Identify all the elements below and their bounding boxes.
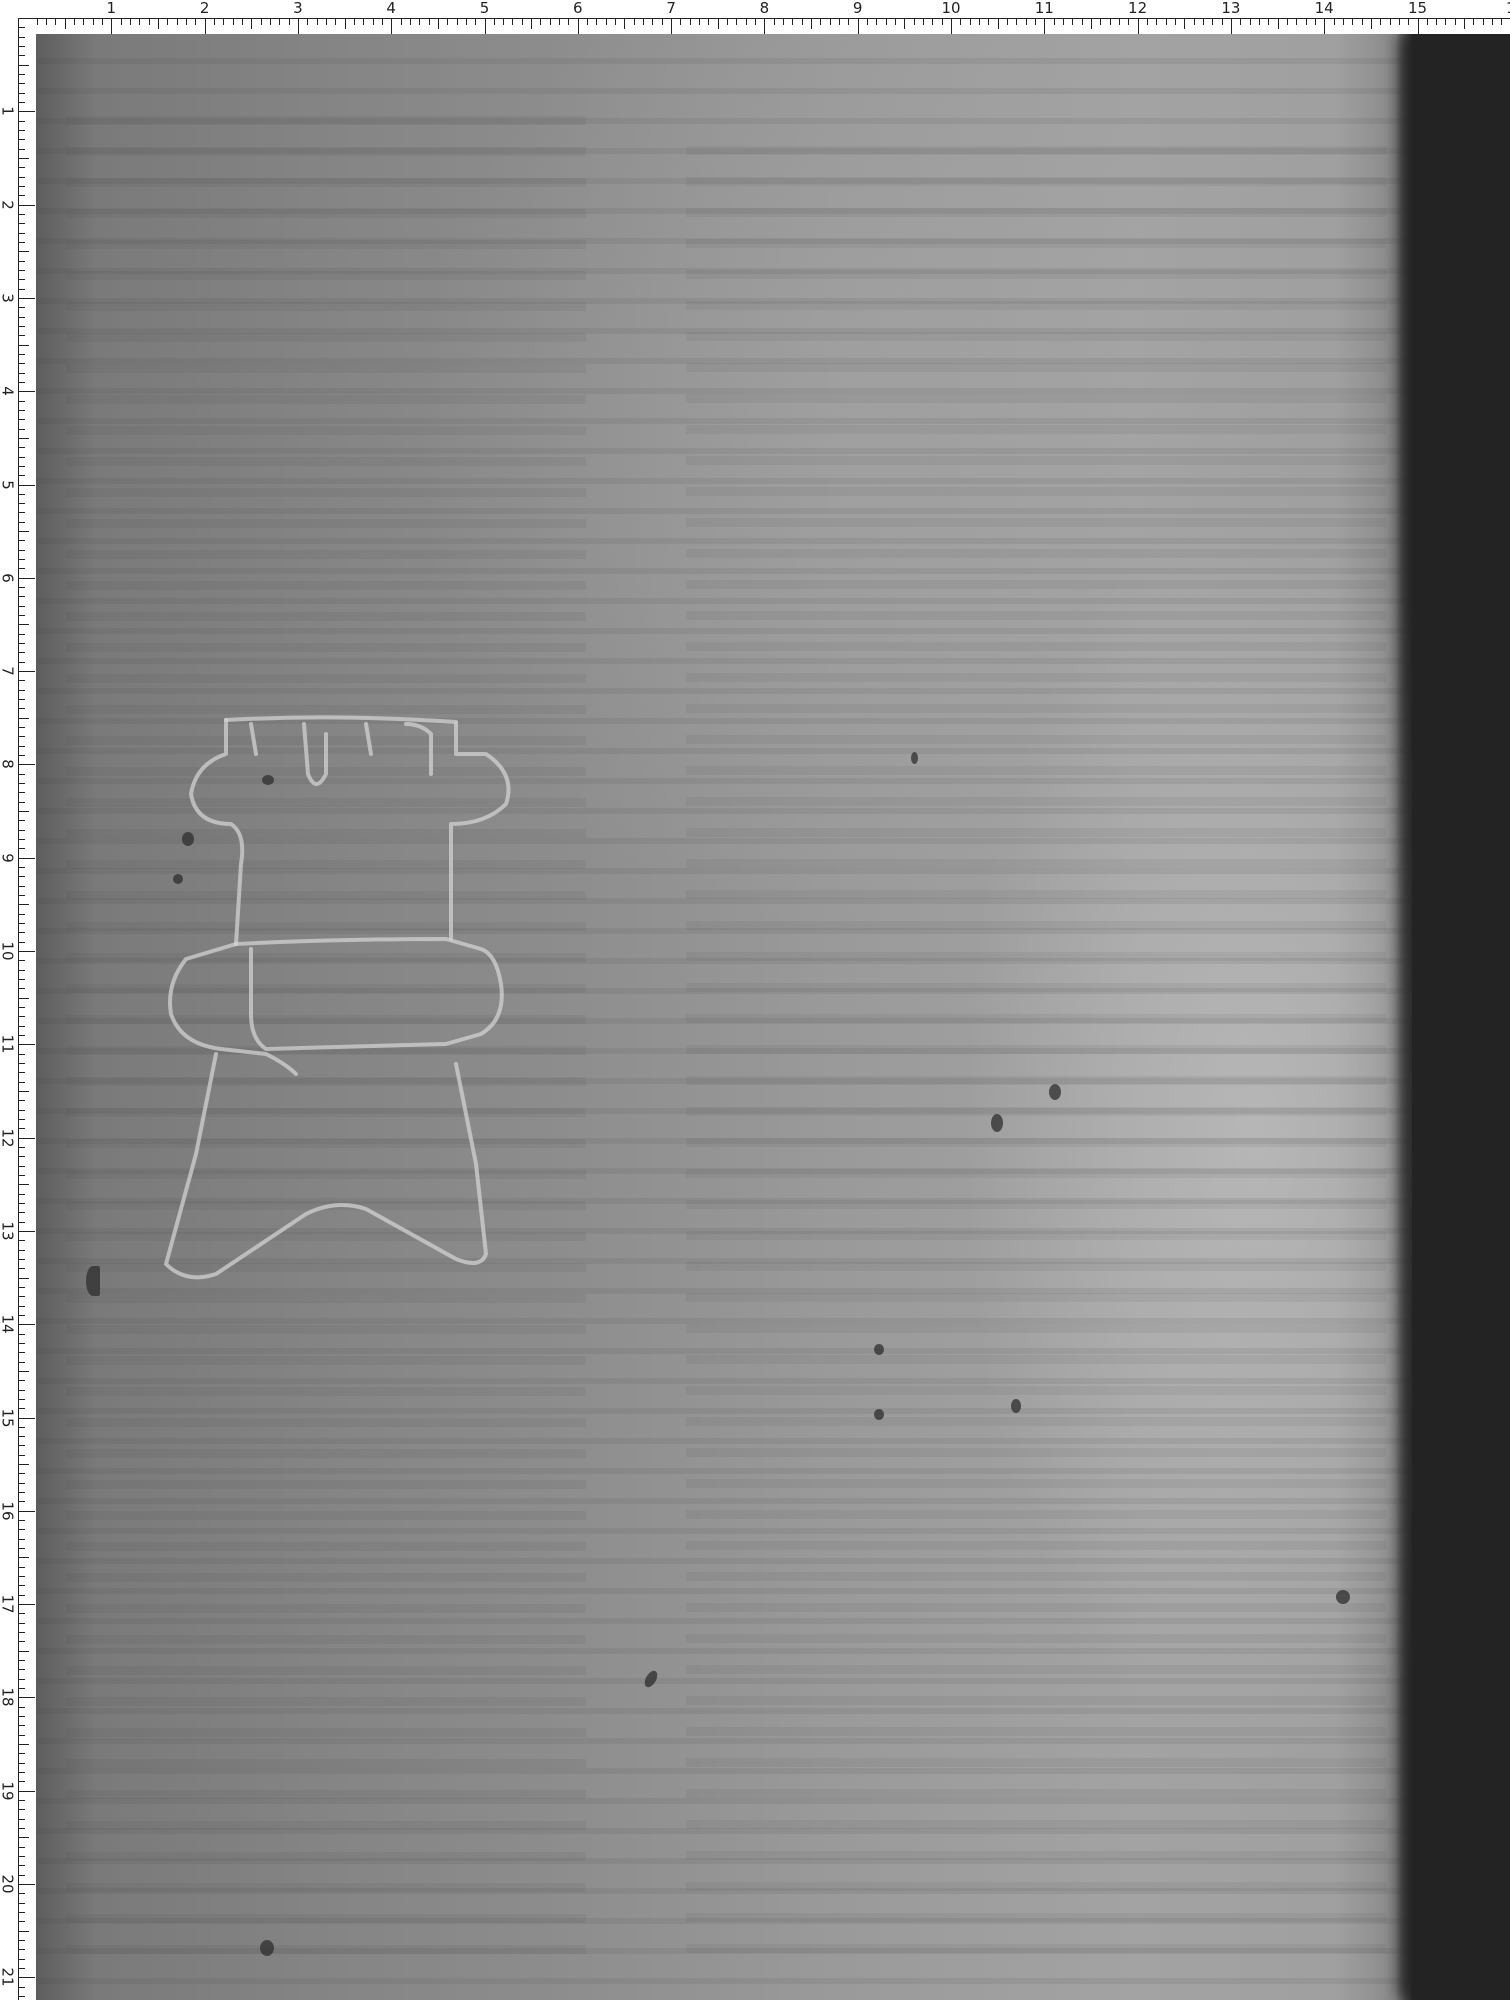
ruler-tick [18, 540, 25, 541]
ruler-tick [18, 727, 25, 728]
ruler-tick [1268, 18, 1269, 25]
ruler-tick [18, 1334, 25, 1335]
ruler-tick [18, 1511, 35, 1512]
ruler-tick [18, 1651, 29, 1652]
ruler-tick [18, 485, 35, 486]
ruler-tick [18, 373, 25, 374]
ruler-tick [18, 1707, 25, 1708]
ruler-tick [18, 886, 25, 887]
ruler-tick [18, 1352, 25, 1353]
ruler-tick [1026, 18, 1027, 25]
ruler-tick [895, 18, 896, 25]
ruler-tick [18, 251, 29, 252]
ruler-tick [1175, 18, 1176, 25]
ruler-edge-horizontal [18, 18, 1510, 19]
ruler-tick [18, 1296, 25, 1297]
ruler-tick [970, 18, 971, 25]
ruler-tick [18, 93, 25, 94]
ruler-tick [923, 18, 924, 25]
ruler-tick [18, 1940, 25, 1941]
ruler-tick [1296, 18, 1297, 25]
ink-spot [262, 775, 274, 785]
ruler-tick [1306, 18, 1307, 25]
ruler-tick [830, 18, 831, 25]
ruler-tick [18, 419, 25, 420]
ruler-tick [485, 18, 486, 34]
ruler-tick [18, 1324, 35, 1325]
ruler-tick [988, 18, 989, 25]
ruler-tick [494, 18, 495, 25]
ruler-tick [774, 18, 775, 25]
ruler-tick [18, 522, 25, 523]
ruler-tick [18, 1968, 25, 1969]
ruler-tick [18, 1520, 25, 1521]
ruler-tick [18, 410, 25, 411]
ruler-tick [587, 18, 588, 25]
ruler-tick [363, 18, 364, 25]
ruler-tick [18, 1147, 25, 1148]
ruler-label: 2 [200, 0, 210, 16]
ruler-tick [1138, 18, 1139, 34]
ruler-tick [512, 18, 513, 25]
ruler-tick [1016, 18, 1017, 25]
ruler-tick [447, 18, 448, 25]
ink-spot [1049, 1084, 1061, 1100]
ink-spot [991, 1114, 1003, 1132]
ruler-tick [55, 18, 56, 25]
ruler-tick [18, 1082, 25, 1083]
ruler-tick [1464, 18, 1465, 29]
ruler-tick [18, 1623, 25, 1624]
ruler-tick [130, 18, 131, 25]
ruler-tick [177, 18, 178, 25]
ruler-tick [979, 18, 980, 25]
ruler-tick [904, 18, 905, 29]
ruler-tick [18, 643, 25, 644]
ruler-tick [18, 923, 25, 924]
ruler-tick [1091, 18, 1092, 29]
ruler-tick [18, 1595, 25, 1596]
ruler-tick [18, 1380, 25, 1381]
ruler-tick [662, 18, 663, 25]
ruler-tick [18, 1585, 25, 1586]
ruler-tick [18, 130, 25, 131]
ruler-tick [18, 718, 29, 719]
ink-spot [874, 1409, 884, 1420]
ink-spot [874, 1344, 884, 1355]
ruler-tick [18, 1259, 25, 1260]
ruler-tick [578, 18, 579, 34]
ruler-tick [18, 914, 25, 915]
ruler-tick [18, 1063, 25, 1064]
ruler-tick [121, 18, 122, 25]
ruler-tick [18, 1110, 25, 1111]
ruler-tick [886, 18, 887, 25]
ruler-tick [289, 18, 290, 25]
ruler-tick [755, 18, 756, 25]
ruler-tick [18, 764, 35, 765]
ruler-label: 3 [0, 287, 15, 309]
ruler-tick [242, 18, 243, 25]
ruler-tick [18, 1492, 25, 1493]
ruler-tick [18, 1884, 35, 1885]
ruler-tick [18, 1278, 29, 1279]
ruler-tick [718, 18, 719, 29]
ruler-label: 4 [0, 380, 15, 402]
ruler-tick [606, 18, 607, 25]
ruler-tick [18, 512, 25, 513]
ruler-tick [18, 401, 25, 402]
ruler-tick [1352, 18, 1353, 25]
ruler-tick [18, 326, 25, 327]
ruler-tick [18, 690, 25, 691]
ruler-tick [1044, 18, 1045, 34]
ruler-tick [18, 1091, 29, 1092]
ruler-tick [1100, 18, 1101, 25]
ruler-tick [18, 662, 25, 663]
ruler-tick [18, 121, 25, 122]
ruler-tick [18, 167, 25, 168]
ruler-tick [419, 18, 420, 25]
ruler-tick [111, 18, 112, 34]
ruler-tick [18, 1166, 25, 1167]
ink-spot [182, 832, 194, 846]
ruler-tick [326, 18, 327, 25]
ruler-tick [18, 1865, 25, 1866]
ruler-tick [18, 783, 25, 784]
ruler-tick [18, 802, 25, 803]
ruler-tick [18, 895, 25, 896]
ruler-tick [699, 18, 700, 25]
ruler-tick [540, 18, 541, 25]
ruler-tick [410, 18, 411, 25]
ruler-tick [18, 1343, 25, 1344]
ruler-tick [18, 699, 25, 700]
ruler-tick [18, 970, 25, 971]
ruler-label: 5 [480, 0, 490, 16]
ruler-label: 1 [1506, 0, 1510, 16]
ruler-tick [1156, 18, 1157, 25]
ruler-tick [18, 1837, 29, 1838]
ruler-tick [690, 18, 691, 25]
ruler-tick [18, 1203, 25, 1204]
ruler-tick [1343, 18, 1344, 25]
ruler-tick [279, 18, 280, 25]
ruler-tick [783, 18, 784, 25]
ruler-tick [18, 904, 29, 905]
watermark-outline [36, 34, 1510, 2000]
ruler-tick [18, 746, 25, 747]
ruler-tick [1287, 18, 1288, 25]
ruler-tick [18, 1697, 35, 1698]
ruler-label: 9 [853, 0, 863, 16]
ink-spot [1336, 1590, 1350, 1604]
ruler-tick [18, 1390, 25, 1391]
ruler-tick [18, 942, 25, 943]
ruler-tick [18, 1240, 25, 1241]
ruler-tick [1380, 18, 1381, 25]
ruler-tick [18, 1548, 25, 1549]
ruler-tick [18, 279, 25, 280]
ruler-tick [839, 18, 840, 25]
ruler-tick [345, 18, 346, 29]
ruler-tick [18, 1184, 29, 1185]
ruler-tick [18, 876, 25, 877]
ruler-tick [18, 1529, 25, 1530]
ruler-label: 6 [573, 0, 583, 16]
ruler-tick [18, 1212, 25, 1213]
ruler-tick [18, 139, 25, 140]
ruler-label: 6 [0, 567, 15, 589]
ruler-tick [867, 18, 868, 25]
ruler-tick [1399, 18, 1400, 25]
ink-spot [911, 752, 918, 764]
ruler-tick [1240, 18, 1241, 25]
ruler-tick [18, 1231, 35, 1232]
ruler-tick [18, 1268, 25, 1269]
ruler-label: 2 [0, 194, 15, 216]
ruler-tick [18, 74, 25, 75]
ruler-tick [1362, 18, 1363, 25]
ruler-tick [18, 606, 25, 607]
ruler-tick [18, 382, 25, 383]
ruler-tick [1455, 18, 1456, 25]
ruler-tick [18, 932, 25, 933]
ruler-tick [93, 18, 94, 25]
ruler-tick [18, 214, 25, 215]
ruler-tick [671, 18, 672, 34]
ruler-tick [317, 18, 318, 25]
ruler-tick [18, 1679, 25, 1680]
ruler-tick [18, 578, 35, 579]
ruler-tick [18, 1604, 35, 1605]
ruler-tick [18, 1809, 25, 1810]
ruler-label: 11 [1035, 0, 1054, 16]
ruler-tick [643, 18, 644, 25]
ruler-tick [18, 998, 29, 999]
ruler-tick [559, 18, 560, 25]
ruler-tick [18, 587, 25, 588]
ruler-tick [708, 18, 709, 25]
ruler-tick [652, 18, 653, 25]
ruler-tick [18, 1641, 25, 1642]
ruler-tick [18, 1959, 25, 1960]
ruler-tick [18, 1875, 25, 1876]
ruler-tick [503, 18, 504, 25]
ruler-tick [998, 18, 999, 29]
ruler-tick [18, 55, 25, 56]
ruler-tick [18, 438, 29, 439]
ruler-tick [1278, 18, 1279, 29]
ruler-tick [18, 559, 25, 560]
ruler-tick [848, 18, 849, 25]
ruler-tick [18, 298, 35, 299]
ruler-tick [18, 755, 25, 756]
ruler-label: 15 [0, 1407, 15, 1429]
ruler-tick [18, 494, 25, 495]
ruler-tick [18, 1138, 35, 1139]
ruler-tick [18, 223, 25, 224]
ruler-tick [18, 391, 35, 392]
ruler-tick [18, 1800, 25, 1801]
ruler-tick [18, 1539, 25, 1540]
ruler-tick [942, 18, 943, 25]
ruler-label: 11 [0, 1033, 15, 1055]
ruler-tick [18, 102, 25, 103]
ruler-tick [811, 18, 812, 29]
ruler-tick [18, 1996, 25, 1997]
ruler-tick [18, 1054, 25, 1055]
ruler-tick [18, 1781, 25, 1782]
ruler-tick [18, 1735, 25, 1736]
ruler-tick [18, 1660, 25, 1661]
ruler-tick [18, 233, 25, 234]
ruler-tick [391, 18, 392, 34]
ruler-tick [1222, 18, 1223, 25]
ruler-tick [531, 18, 532, 29]
ruler-tick [18, 568, 25, 569]
ruler-tick [18, 1455, 25, 1456]
ruler-tick [18, 1725, 25, 1726]
ruler-tick [18, 37, 25, 38]
ruler-tick [18, 1828, 25, 1829]
ruler-label: 14 [0, 1313, 15, 1335]
ruler-tick [18, 1399, 25, 1400]
ruler-tick [18, 1007, 25, 1008]
ruler-tick [18, 1819, 25, 1820]
ruler-label: 9 [0, 847, 15, 869]
ruler-tick [139, 18, 140, 25]
ruler-tick [550, 18, 551, 25]
ruler-tick [18, 1315, 25, 1316]
ruler-tick [18, 1483, 25, 1484]
ruler-tick [354, 18, 355, 25]
ruler-tick [18, 1445, 25, 1446]
ruler-tick [18, 205, 35, 206]
ruler-tick [960, 18, 961, 25]
ruler-label: 15 [1408, 0, 1427, 16]
ruler-tick [475, 18, 476, 25]
ruler-tick [429, 18, 430, 25]
ruler-tick [1501, 18, 1502, 25]
ruler-tick [18, 867, 25, 868]
ruler-tick [233, 18, 234, 25]
ruler-tick [18, 195, 25, 196]
ruler-label: 1 [107, 0, 117, 16]
ruler-tick [18, 1772, 25, 1773]
ruler-tick [18, 1557, 29, 1558]
ruler-tick [18, 652, 25, 653]
ruler-tick [18, 46, 25, 47]
ruler-tick [736, 18, 737, 25]
ruler-tick [261, 18, 262, 25]
ruler-label: 7 [0, 660, 15, 682]
ruler-tick [18, 1287, 25, 1288]
ruler-tick [457, 18, 458, 25]
ruler-tick [18, 1194, 25, 1195]
ruler-tick [1473, 18, 1474, 25]
ruler-tick [18, 531, 29, 532]
ruler-tick [18, 289, 25, 290]
ruler-tick [18, 979, 25, 980]
manuscript-scan [36, 34, 1510, 2000]
ruler-tick [205, 18, 206, 34]
ruler-tick [1082, 18, 1083, 25]
ruler-tick [18, 466, 25, 467]
ruler-tick [18, 951, 35, 952]
ruler-tick [18, 354, 25, 355]
ruler-label: 13 [1221, 0, 1240, 16]
ink-spot [260, 1940, 274, 1956]
ruler-tick [382, 18, 383, 25]
ruler-tick [18, 429, 25, 430]
ruler-tick [1371, 18, 1372, 29]
ruler-tick [18, 335, 25, 336]
ruler-tick [18, 1473, 25, 1474]
ruler-tick [37, 18, 38, 25]
ruler-tick [438, 18, 439, 29]
ruler-tick [18, 1791, 35, 1792]
ruler-tick [1324, 18, 1325, 34]
ruler-tick [1408, 18, 1409, 25]
ruler-tick [1063, 18, 1064, 25]
ruler-tick [18, 624, 29, 625]
ruler-tick [18, 858, 35, 859]
ruler-tick [307, 18, 308, 25]
ruler-tick [1166, 18, 1167, 25]
ruler-tick [18, 820, 25, 821]
ruler-tick [820, 18, 821, 25]
ruler-tick [18, 1763, 25, 1764]
ruler-tick [1250, 18, 1251, 25]
ruler-label: 14 [1315, 0, 1334, 16]
ruler-tick [18, 1921, 25, 1922]
ruler-label: 20 [0, 1873, 15, 1895]
ruler-tick [158, 18, 159, 29]
ruler-tick [335, 18, 336, 25]
ruler-tick [18, 111, 35, 112]
ruler-tick [1259, 18, 1260, 25]
ruler-tick [18, 1987, 25, 1988]
ruler-edge-vertical [18, 18, 19, 2000]
ruler-tick [18, 261, 25, 262]
ruler-tick [298, 18, 299, 34]
ruler-tick [18, 1903, 25, 1904]
ruler-tick [18, 1567, 25, 1568]
ruler-label: 8 [760, 0, 770, 16]
ruler-tick [65, 18, 66, 29]
ruler-tick [18, 988, 25, 989]
ink-spot [1011, 1399, 1021, 1413]
ruler-tick [764, 18, 765, 34]
ruler-tick [1147, 18, 1148, 25]
ruler-tick [18, 1744, 29, 1745]
ruler-tick [167, 18, 168, 25]
ruler-tick [1436, 18, 1437, 25]
ruler-tick [914, 18, 915, 25]
ruler-tick [214, 18, 215, 25]
ruler-tick [18, 1847, 25, 1848]
ruler-tick [18, 1044, 35, 1045]
ruler-tick [18, 1949, 25, 1950]
ruler-tick [18, 634, 25, 635]
ruler-label: 19 [0, 1780, 15, 1802]
ruler-tick [373, 18, 374, 25]
ruler-tick [1483, 18, 1484, 25]
ruler-tick [195, 18, 196, 25]
ruler-tick [18, 1035, 25, 1036]
ruler-label: 10 [0, 940, 15, 962]
